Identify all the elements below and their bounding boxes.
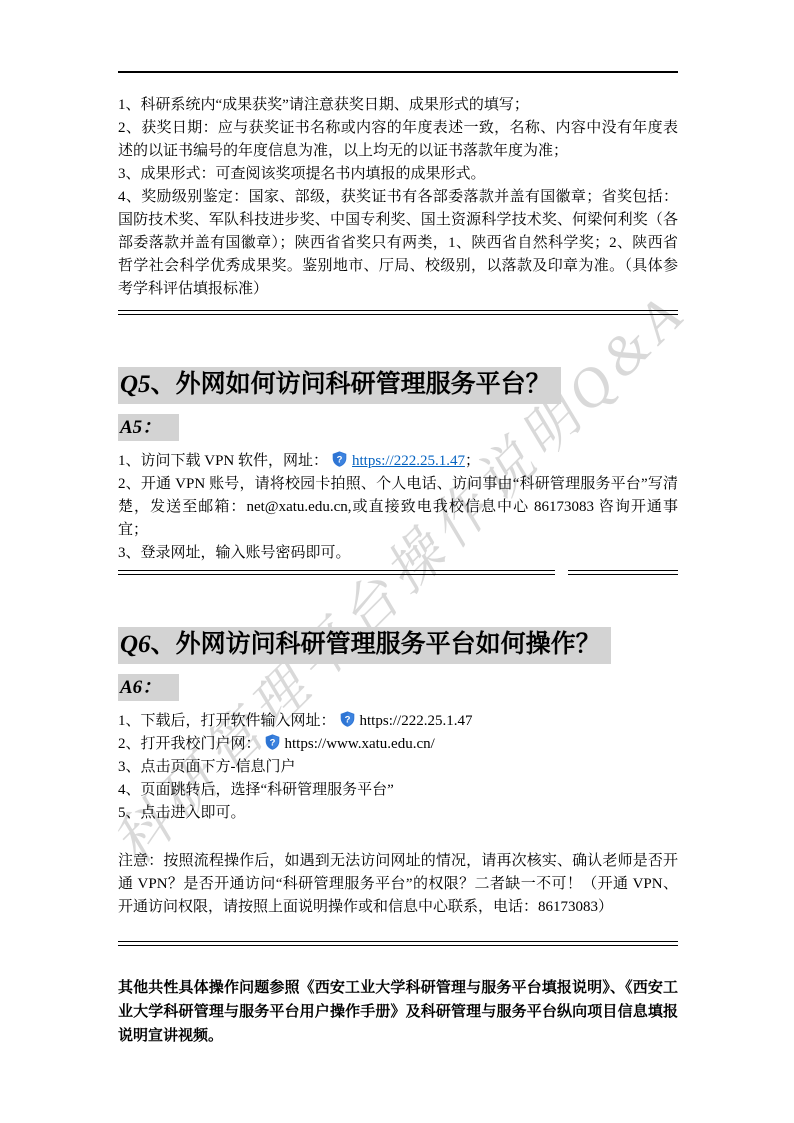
shield-question-icon: ?	[339, 710, 356, 728]
answer-6-step-2: 2、打开我校门户网：?https://www.xatu.edu.cn/	[118, 733, 678, 756]
reference-paragraph: 其他共性具体操作问题参照《西安工业大学科研管理与服务平台填报说明》、《西安工业大…	[118, 976, 678, 1048]
vpn-download-link[interactable]: https://222.25.1.47	[352, 453, 465, 469]
svg-text:?: ?	[269, 738, 275, 749]
award-note-item: 1、科研系统内“成果获奖”请注意获奖日期、成果形式的填写；	[118, 94, 678, 117]
portal-address-text: https://www.xatu.edu.cn/	[285, 736, 435, 752]
notice-paragraph: 注意：按照流程操作后，如遇到无法访问网址的情况，请再次核实、确认老师是否开通 V…	[118, 850, 678, 919]
question-5-heading: Q5、外网如何访问科研管理服务平台？	[118, 367, 561, 404]
question-6-separator: 、	[151, 631, 176, 658]
top-rule	[118, 71, 678, 73]
answer-6-step-4: 4、页面跳转后，选择“科研管理服务平台”	[118, 779, 678, 802]
question-6-heading: Q6、外网访问科研管理服务平台如何操作？	[118, 627, 611, 664]
question-5-number: Q5	[120, 371, 151, 398]
award-note-item: 4、奖励级别鉴定：国家、部级，获奖证书有各部委落款并盖有国徽章；省奖包括：国防技…	[118, 186, 678, 301]
section-divider	[118, 310, 678, 315]
answer-5-steps: 1、访问下载 VPN 软件，网址：?https://222.25.1.47； 2…	[118, 450, 678, 565]
answer-6-label: A6：	[118, 674, 179, 702]
award-note-item: 3、成果形式：可查阅该奖项提名书内填报的成果形式。	[118, 163, 678, 186]
answer-5-step-1: 1、访问下载 VPN 软件，网址：?https://222.25.1.47；	[118, 450, 678, 473]
answer-5-step-3: 3、登录网址，输入账号密码即可。	[118, 542, 678, 565]
question-5-title: 外网如何访问科研管理服务平台？	[176, 371, 551, 398]
shield-question-icon: ?	[264, 733, 281, 751]
segmented-divider	[118, 570, 678, 575]
answer-6-steps: 1、下载后，打开软件输入网址：?https://222.25.1.47 2、打开…	[118, 710, 678, 825]
answer-6-step-1: 1、下载后，打开软件输入网址：?https://222.25.1.47	[118, 710, 678, 733]
segmented-divider-right	[568, 570, 678, 575]
svg-text:?: ?	[344, 715, 350, 726]
question-6-title: 外网访问科研管理服务平台如何操作？	[176, 631, 601, 658]
vpn-address-text: https://222.25.1.47	[360, 713, 473, 729]
document-page: 科研管理平台操作说明Q&A 1、科研系统内“成果获奖”请注意获奖日期、成果形式的…	[0, 0, 794, 1123]
award-note-item: 2、获奖日期：应与获奖证书名称或内容的年度表述一致，名称、内容中没有年度表述的以…	[118, 117, 678, 163]
question-5-separator: 、	[151, 371, 176, 398]
segmented-divider-left	[118, 570, 555, 575]
shield-question-icon: ?	[331, 450, 348, 468]
document-content: 1、科研系统内“成果获奖”请注意获奖日期、成果形式的填写； 2、获奖日期：应与获…	[118, 71, 678, 1048]
svg-text:?: ?	[337, 455, 343, 466]
answer-6-step-5: 5、点击进入即可。	[118, 802, 678, 825]
answer-5-step-2: 2、开通 VPN 账号，请将校园卡拍照、个人电话、访问事由“科研管理服务平台”写…	[118, 473, 678, 542]
award-notes-section: 1、科研系统内“成果获奖”请注意获奖日期、成果形式的填写； 2、获奖日期：应与获…	[118, 94, 678, 301]
answer-6-step-3: 3、点击页面下方-信息门户	[118, 756, 678, 779]
answer-5-label: A5：	[118, 414, 179, 442]
section-divider	[118, 941, 678, 946]
question-6-number: Q6	[120, 631, 151, 658]
